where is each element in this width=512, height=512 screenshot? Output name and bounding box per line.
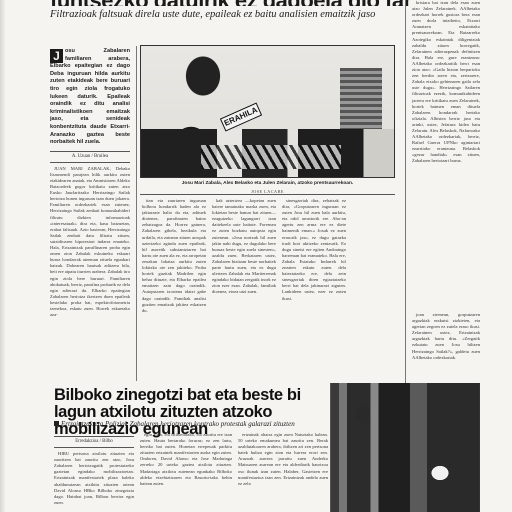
second-article-column-2: egin zuen, eta istiluetarako, eta zaurit…: [140, 432, 232, 512]
scan-edge-shadow: [0, 0, 6, 512]
main-article-column-4: sinesgarriak dira, zehatzak ez dira, «Go…: [282, 198, 346, 383]
second-subheadline-text: Ertzaintzak eta Poliziak Zabalaren herio…: [61, 420, 295, 428]
main-headline: funtsezko datuirik ez dagoela dio famili…: [50, 0, 410, 6]
photo-sign: ERAHILA: [220, 102, 262, 131]
byline: Erredakzioa / Bilbo: [54, 436, 134, 448]
body-text: JUAN MARI ZABALAK, Debako Itsasmendi par…: [50, 166, 130, 318]
body-text: joan zirenean, gorputzaren argazkiak era…: [412, 312, 480, 361]
lead-text: osu Zabalaren familiaren arabera, Elbark…: [50, 48, 130, 145]
second-article-column-3: ertzainak oharra egin zuen Naturtako kal…: [238, 432, 328, 512]
sidebar-column-1: krisiara bat izan dela esan zuen atzo Ju…: [412, 0, 480, 310]
second-headline: Bilboko zinegotzi bat eta beste bi lagun…: [54, 387, 344, 438]
caption-rule: [140, 194, 395, 195]
main-subheadline: Filtrazioak faltsuak direla uste dute, e…: [50, 9, 420, 20]
byline: A. Uzuan / Bruilea: [50, 151, 130, 163]
demonstration-photo-right: [410, 383, 480, 512]
photo-caption: Josu Mari Zabala, Alex Belasko eta Julen…: [140, 181, 395, 186]
demonstration-photo: [330, 383, 410, 512]
press-conference-photo: ERAHILA: [140, 45, 395, 178]
sidebar-column-2: joan zirenean, gorputzaren argazkiak era…: [412, 312, 480, 382]
column-divider: [136, 46, 137, 381]
body-text: ertzainak oharra egin zuen Naturtako kal…: [238, 432, 328, 487]
microphones: [201, 145, 341, 169]
body-text: tian eta zauriaren inguruan bolbora hond…: [142, 198, 206, 314]
body-text: krisiara bat izan dela esan zuen atzo Ju…: [412, 0, 480, 165]
dropcap: J: [50, 49, 63, 63]
body-text: kak aztertzea —kopetan zuen batere tamai…: [212, 198, 276, 296]
body-text: sinesgarriak dira, zehatzak ez dira, «Go…: [282, 198, 346, 302]
body-text: egin zuen, eta istiluetarako, eta zaurit…: [140, 432, 232, 487]
second-article-column-1: Erredakzioa / Bilbo HIRU pertsona atxilo…: [54, 432, 134, 512]
lead-paragraph: J osu Zabalaren familiaren arabera, Elba…: [50, 48, 130, 147]
second-subheadline: Ertzaintzak eta Poliziak Zabalaren herio…: [54, 420, 344, 428]
main-article-column-3: kak aztertzea —kopetan zuen batere tamai…: [212, 198, 276, 383]
newspaper-page: funtsezko datuirik ez dagoela dio famili…: [0, 0, 512, 512]
main-article-column-1: J osu Zabalaren familiaren arabera, Elba…: [50, 48, 130, 383]
main-article-column-2: tian eta zauriaren inguruan bolbora hond…: [142, 198, 206, 383]
body-text: HIRU pertsona atxilotu zituzten eta zaur…: [54, 451, 134, 506]
square-bullet-icon: [54, 421, 59, 426]
